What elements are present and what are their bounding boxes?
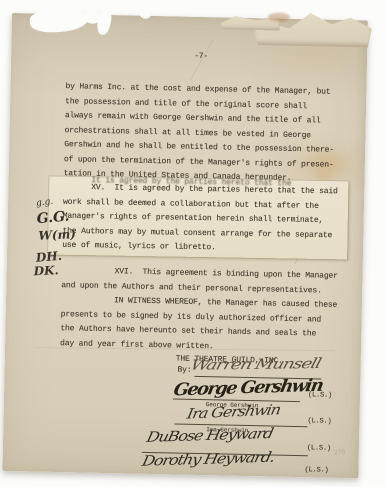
photo-background: -7- by Harms Inc. at the cost and expens… bbox=[0, 0, 385, 487]
signature-dorothy-heyward: Dorothy Heyward. bbox=[140, 450, 275, 470]
rider-paragraph: XV. It is agreed by the parties hereto t… bbox=[62, 181, 338, 258]
pasted-rider-slip: It is agreed by the parties hereto that … bbox=[48, 176, 348, 259]
seal-label: (L.S.) bbox=[307, 444, 331, 453]
body-paragraph: by Harms Inc. at the cost and expense of… bbox=[63, 80, 357, 188]
margin-initials: DH. bbox=[35, 249, 62, 265]
document-page: -7- by Harms Inc. at the cost and expens… bbox=[2, 13, 368, 478]
torn-edge-patch bbox=[140, 10, 151, 19]
torn-edge-patch bbox=[29, 7, 88, 34]
seal-label: (L.S.) bbox=[308, 391, 332, 400]
seal-label: (L.S.) bbox=[307, 417, 331, 426]
stain bbox=[268, 12, 290, 21]
closing-paragraphs: XVI. This agreement is binding upon the … bbox=[60, 264, 354, 357]
margin-initials: DK. bbox=[33, 263, 59, 278]
signature-ira-gershwin: Ira Gershwin bbox=[185, 402, 281, 423]
page-number: -7- bbox=[194, 52, 208, 61]
torn-edge-patch bbox=[96, 7, 114, 36]
faint-pencil-mark: 276 bbox=[333, 448, 345, 457]
signature-george-gershwin: George Gershwin bbox=[172, 376, 324, 401]
seal-label: (L.S.) bbox=[304, 466, 328, 475]
margin-initials: W(m) bbox=[38, 227, 76, 243]
signature-warren-munsell: Warren Munsell bbox=[188, 356, 322, 374]
margin-initials: G.G. bbox=[36, 209, 70, 228]
signature-dubose-heyward: DuBose Heyward bbox=[145, 426, 274, 446]
margin-initials: g.g. bbox=[36, 197, 54, 209]
